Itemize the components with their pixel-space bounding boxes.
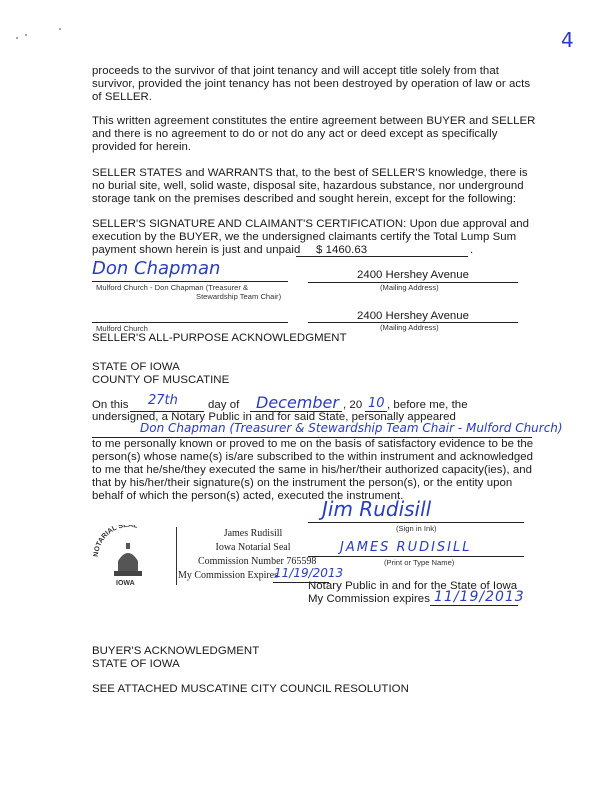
- paragraph-line: provided for herein.: [92, 141, 191, 154]
- buyer-state: STATE OF IOWA: [92, 658, 180, 671]
- seller1-label-cont: Stewardship Team Chair): [196, 292, 281, 301]
- svg-text:IOWA: IOWA: [116, 580, 135, 587]
- sign-in-ink-label: (Sign in Ink): [396, 524, 437, 533]
- buyer-note: SEE ATTACHED MUSCATINE CITY COUNCIL RESO…: [92, 683, 409, 696]
- seal-divider: [176, 527, 177, 585]
- seller2-address: 2400 Hershey Avenue: [308, 310, 518, 322]
- seller-signature: Don Chapman: [92, 258, 220, 279]
- paragraph-line: SELLER'S SIGNATURE AND CLAIMANT'S CERTIF…: [92, 218, 529, 231]
- svg-text:NOTARIAL SEAL: NOTARIAL SEAL: [93, 525, 139, 557]
- document-page: 4 proceeds to the survivor of that joint…: [0, 0, 616, 800]
- day-value: 27th: [148, 393, 178, 408]
- paragraph-line: of SELLER.: [92, 91, 152, 104]
- appeared-value: Don Chapman (Treasurer & Stewardship Tea…: [140, 421, 563, 435]
- paragraph-line: no burial site, well, solid waste, dispo…: [92, 180, 524, 193]
- paragraph-line: execution by the BUYER, we the undersign…: [92, 231, 516, 244]
- acknowledgment-body-line: to me that he/she/they executed the same…: [92, 464, 532, 477]
- notary-printed-name: JAMES RUDISILL: [340, 540, 472, 555]
- seal-notary-name: James Rudisill: [198, 528, 308, 539]
- state-line: STATE OF IOWA: [92, 361, 180, 374]
- lump-sum-amount: $ 1460.63: [316, 244, 367, 257]
- paragraph-line: survivor, provided the joint tenancy has…: [92, 78, 530, 91]
- paragraph-line: proceeds to the survivor of that joint t…: [92, 65, 499, 78]
- commission-expires-value: 11/19/2013: [434, 589, 525, 605]
- capitol-dome-icon: NOTARIAL SEAL IOWA: [90, 525, 170, 589]
- mailing-address-label: (Mailing Address): [380, 283, 439, 292]
- print-name-label: (Print or Type Name): [384, 558, 454, 567]
- acknowledgment-body-line: person(s) whose name(s) is/are subscribe…: [92, 451, 533, 464]
- month-value: December: [256, 393, 339, 412]
- commission-expires-label: My Commission expires: [308, 593, 430, 606]
- seller1-address: 2400 Hershey Avenue: [308, 269, 518, 281]
- scan-speck: [59, 28, 61, 30]
- acknowledgment-body-line: that by his/her/their signature(s) on th…: [92, 477, 512, 490]
- signature-line: [92, 281, 288, 282]
- paragraph-line: payment shown herein is just and unpaid: [92, 244, 300, 257]
- county-line: COUNTY OF MUSCATINE: [92, 374, 229, 387]
- acknowledgment-body-line: to me personally known or proved to me o…: [92, 438, 533, 451]
- commission-expires-blank: [430, 605, 518, 606]
- notary-signature: Jim Rudisill: [322, 497, 431, 521]
- printed-name-line: [308, 556, 524, 557]
- seal-title: Iowa Notarial Seal: [198, 542, 308, 553]
- year-value: 10: [368, 396, 385, 411]
- notary-signature-line: [308, 522, 524, 523]
- paragraph-line: storage tank on the premises described a…: [92, 193, 516, 206]
- acknowledgment-heading: SELLER'S ALL-PURPOSE ACKNOWLEDGMENT: [92, 332, 347, 345]
- handwritten-page-number: 4: [561, 28, 574, 52]
- mailing-address-label: (Mailing Address): [380, 323, 439, 332]
- scan-speck: [25, 34, 27, 36]
- seal-expires-label: My Commission Expires: [178, 570, 278, 581]
- signature-line: [92, 322, 288, 323]
- paragraph-line: SELLER STATES and WARRANTS that, to the …: [92, 167, 528, 180]
- seller1-label: Mulford Church - Don Chapman (Treasurer …: [96, 283, 248, 292]
- scan-speck: [16, 37, 18, 39]
- paragraph-line: This written agreement constitutes the e…: [92, 115, 535, 128]
- notary-seal-stamp: NOTARIAL SEAL IOWA James Rudisill Iowa N…: [90, 525, 345, 589]
- period: .: [470, 244, 473, 257]
- seal-expires-value: 11/19/2013: [274, 566, 343, 580]
- paragraph-line: and there is no agreement to do or not d…: [92, 128, 497, 141]
- buyer-heading: BUYER'S ACKNOWLEDGMENT: [92, 645, 259, 658]
